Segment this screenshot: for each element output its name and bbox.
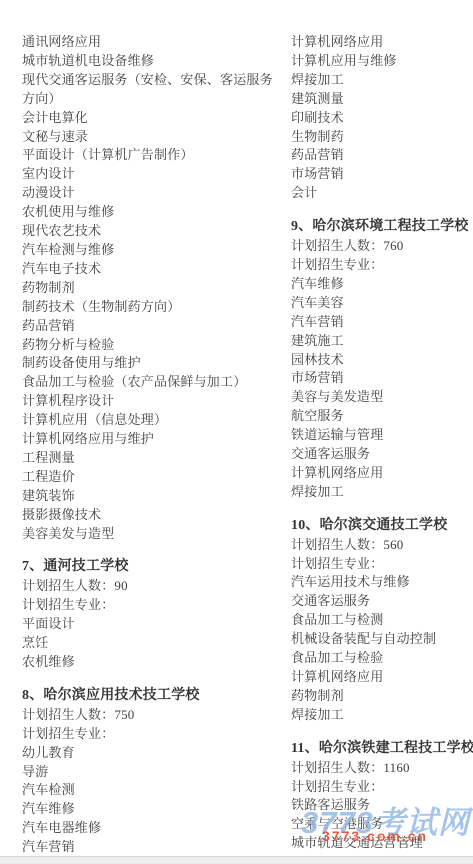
major-line: 药品营销 — [291, 146, 473, 165]
major-line: 园林技术 — [291, 351, 473, 370]
school-heading: 7、通河技工学校 — [22, 558, 272, 577]
major-line: 印刷技术 — [291, 109, 473, 128]
major-line: 汽车营销 — [22, 838, 272, 857]
major-line: 计算机应用与维修 — [291, 52, 473, 71]
major-line: 生物制药 — [291, 128, 473, 147]
major-line: 空乘与空港服务 — [291, 815, 473, 834]
plan-count-line: 计划招生人数：90 — [22, 577, 272, 596]
major-line: 铁路客运服务 — [291, 796, 473, 815]
article-page: 通讯网络应用城市轨道机电设备维修现代交通客运服务（安检、安保、客运服务方向）会计… — [0, 0, 473, 864]
major-line: 汽车营销 — [291, 313, 473, 332]
major-line: 现代交通客运服务（安检、安保、客运服务 — [22, 71, 272, 90]
major-line: 食品加工与检验 — [291, 649, 473, 668]
major-line: 计算机网络应用 — [291, 33, 473, 52]
plan-majors-label: 计划招生专业： — [291, 555, 473, 574]
major-line: 制药设备使用与维护 — [22, 354, 272, 373]
school-heading: 8、哈尔滨应用技术技工学校 — [22, 687, 272, 706]
major-line: 会计 — [291, 184, 473, 203]
major-line: 农机使用与维修 — [22, 203, 272, 222]
column-right: 计算机网络应用计算机应用与维修焊接加工建筑测量印刷技术生物制药药品营销市场营销会… — [291, 33, 473, 853]
major-line: 动漫设计 — [22, 184, 272, 203]
plan-count-line: 计划招生人数：750 — [22, 706, 272, 725]
major-line: 计算机应用（信息处理） — [22, 411, 272, 430]
major-line: 导游 — [22, 763, 272, 782]
major-line: 焊接加工 — [291, 71, 473, 90]
major-line: 交通客运服务 — [291, 592, 473, 611]
major-line: 药物制剂 — [22, 279, 272, 298]
major-line: 平面设计 — [22, 615, 272, 634]
major-line: 食品加工与检验（农产品保鲜与加工） — [22, 373, 272, 392]
major-line: 美容美发与造型 — [22, 525, 272, 544]
school-section: 8、哈尔滨应用技术技工学校计划招生人数：750计划招生专业：幼儿教育导游汽车检测… — [22, 687, 272, 857]
page-bottom-bar — [0, 856, 473, 864]
major-line: 现代农艺技术 — [22, 222, 272, 241]
major-line: 幼儿教育 — [22, 744, 272, 763]
major-line: 计算机网络应用与维护 — [22, 430, 272, 449]
major-line: 汽车检测与维修 — [22, 241, 272, 260]
major-line: 美容与美发造型 — [291, 388, 473, 407]
major-line: 汽车电子技术 — [22, 260, 272, 279]
school-section: 10、哈尔滨交通技工学校计划招生人数：560计划招生专业：汽车运用技术与维修交通… — [291, 517, 473, 725]
major-line: 建筑测量 — [291, 90, 473, 109]
major-line: 农机维修 — [22, 653, 272, 672]
school-section: 9、哈尔滨环境工程技工学校计划招生人数：760计划招生专业：汽车维修汽车美容汽车… — [291, 218, 473, 502]
plan-majors-label: 计划招生专业： — [291, 778, 473, 797]
major-line: 机械设备装配与自动控制 — [291, 630, 473, 649]
major-line: 汽车美容 — [291, 294, 473, 313]
major-line: 城市轨道机电设备维修 — [22, 52, 272, 71]
major-line: 工程造价 — [22, 468, 272, 487]
major-line: 工程测量 — [22, 449, 272, 468]
major-line: 通讯网络应用 — [22, 33, 272, 52]
plan-count-line: 计划招生人数：760 — [291, 237, 473, 256]
major-line: 制药技术（生物制药方向） — [22, 298, 272, 317]
major-line: 药品营销 — [22, 317, 272, 336]
major-line: 计算机网络应用 — [291, 668, 473, 687]
school-heading: 11、哈尔滨铁建工程技工学校 — [291, 740, 473, 759]
major-line: 食品加工与检测 — [291, 611, 473, 630]
major-line: 平面设计（计算机广告制作） — [22, 146, 272, 165]
major-line: 市场营销 — [291, 369, 473, 388]
column-left: 通讯网络应用城市轨道机电设备维修现代交通客运服务（安检、安保、客运服务方向）会计… — [22, 33, 272, 857]
major-line: 摄影摄像技术 — [22, 506, 272, 525]
major-line: 铁道运输与管理 — [291, 426, 473, 445]
major-line: 焊接加工 — [291, 483, 473, 502]
major-line: 建筑装饰 — [22, 487, 272, 506]
major-line: 汽车电器维修 — [22, 819, 272, 838]
major-line: 计算机程序设计 — [22, 392, 272, 411]
school-heading: 9、哈尔滨环境工程技工学校 — [291, 218, 473, 237]
school-heading: 10、哈尔滨交通技工学校 — [291, 517, 473, 536]
major-line: 计算机网络应用 — [291, 464, 473, 483]
major-line: 会计电算化 — [22, 109, 272, 128]
major-line: 交通客运服务 — [291, 445, 473, 464]
major-line: 汽车运用技术与维修 — [291, 573, 473, 592]
school-section: 7、通河技工学校计划招生人数：90计划招生专业：平面设计烹饪农机维修 — [22, 558, 272, 671]
school-section: 通讯网络应用城市轨道机电设备维修现代交通客运服务（安检、安保、客运服务方向）会计… — [22, 33, 272, 543]
major-line: 文秘与速录 — [22, 128, 272, 147]
school-section: 11、哈尔滨铁建工程技工学校计划招生人数：1160计划招生专业：铁路客运服务空乘… — [291, 740, 473, 853]
plan-count-line: 计划招生人数：560 — [291, 536, 473, 555]
school-section: 计算机网络应用计算机应用与维修焊接加工建筑测量印刷技术生物制药药品营销市场营销会… — [291, 33, 473, 203]
major-line: 汽车检测 — [22, 781, 272, 800]
major-line: 建筑施工 — [291, 332, 473, 351]
major-line: 室内设计 — [22, 165, 272, 184]
plan-majors-label: 计划招生专业： — [291, 256, 473, 275]
major-line: 药物分析与检验 — [22, 336, 272, 355]
major-line: 药物制剂 — [291, 687, 473, 706]
major-line: 汽车维修 — [22, 800, 272, 819]
major-line: 城市轨道交通运营管理 — [291, 834, 473, 853]
plan-majors-label: 计划招生专业： — [22, 596, 272, 615]
plan-count-line: 计划招生人数：1160 — [291, 759, 473, 778]
major-line: 焊接加工 — [291, 706, 473, 725]
major-line: 汽车维修 — [291, 275, 473, 294]
major-line: 航空服务 — [291, 407, 473, 426]
major-line: 烹饪 — [22, 634, 272, 653]
plan-majors-label: 计划招生专业： — [22, 725, 272, 744]
major-line: 方向） — [22, 90, 272, 109]
major-line: 市场营销 — [291, 165, 473, 184]
